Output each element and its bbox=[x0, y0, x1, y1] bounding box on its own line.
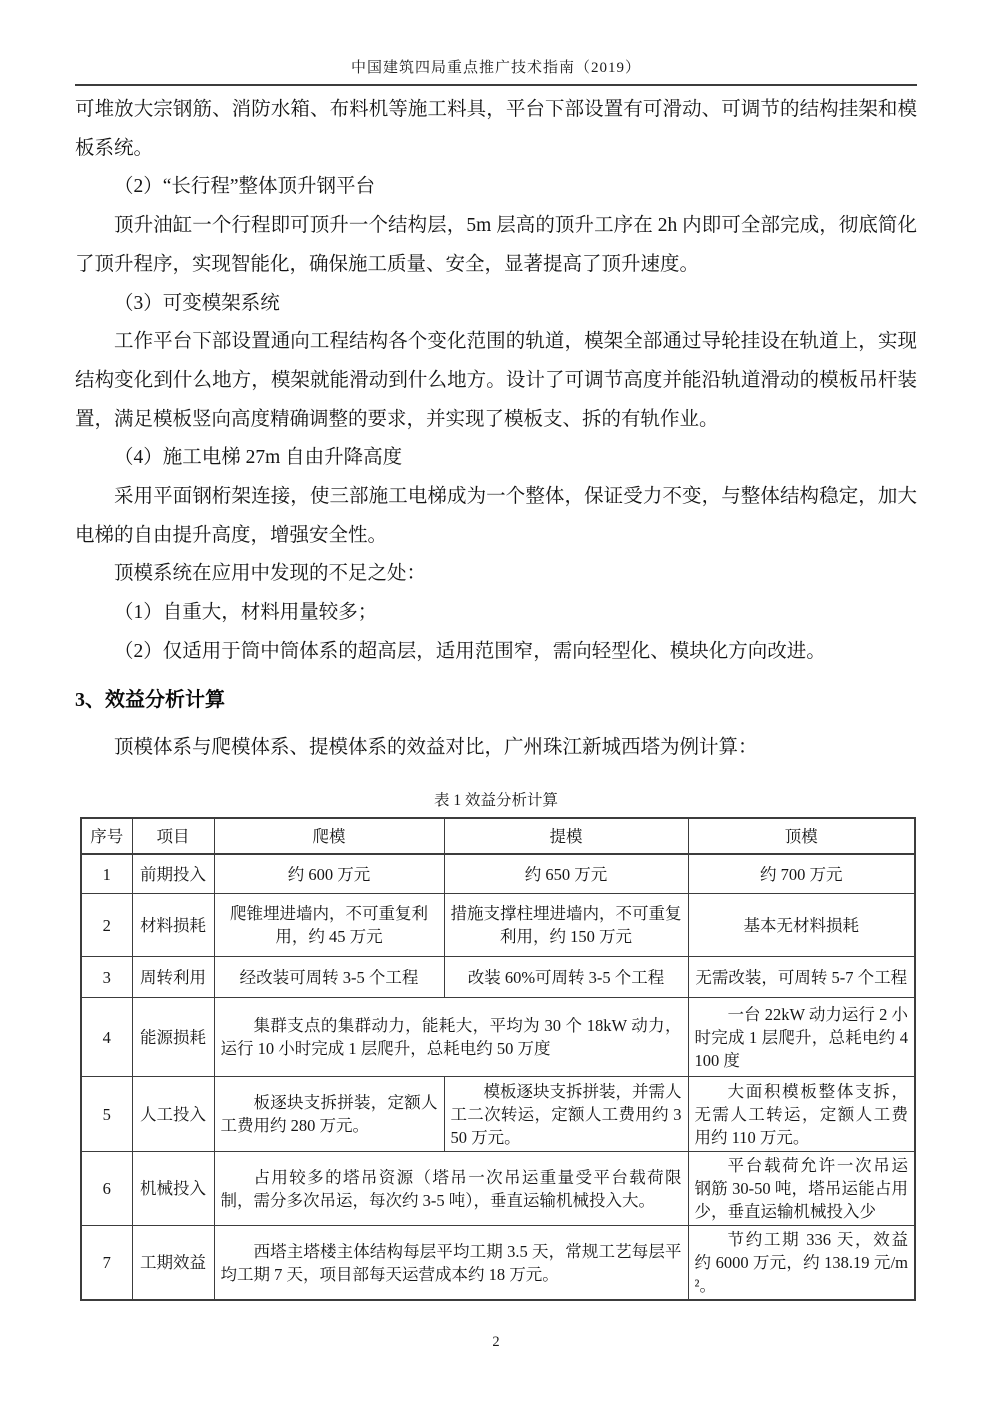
col-header-timo: 提模 bbox=[444, 818, 688, 854]
paragraph: 顶升油缸一个行程即可顶升一个结构层，5m 层高的顶升工序在 2h 内即可全部完成… bbox=[75, 207, 917, 284]
cell-dingmo: 无需改装，可周转 5-7 个工程 bbox=[688, 957, 915, 998]
cell-timo: 措施支撑柱埋进墙内，不可重复利用，约 150 万元 bbox=[444, 894, 688, 957]
cell-no: 3 bbox=[81, 957, 132, 998]
col-header-item: 项目 bbox=[132, 818, 214, 854]
cell-timo: 模板逐块支拆拼装，并需人工二次转运，定额人工费用约 350 万元。 bbox=[444, 1077, 688, 1152]
table-row: 5 人工投入 板逐块支拆拼装，定额人工费用约 280 万元。 模板逐块支拆拼装，… bbox=[81, 1077, 915, 1152]
cell-dingmo: 大面积模板整体支拆，无需人工转运，定额人工费用约 110 万元。 bbox=[688, 1077, 915, 1152]
cell-item: 工期效益 bbox=[132, 1226, 214, 1301]
cell-dingmo: 约 700 万元 bbox=[688, 854, 915, 894]
cell-pamo-timo-merged: 集群支点的集群动力，能耗大，平均为 30 个 18kW 动力，运行 10 小时完… bbox=[214, 998, 688, 1077]
cell-item: 前期投入 bbox=[132, 854, 214, 894]
body-text: 可堆放大宗钢筋、消防水箱、布料机等施工料具，平台下部设置有可滑动、可调节的结构挂… bbox=[75, 91, 917, 672]
paragraph: 顶模系统在应用中发现的不足之处： bbox=[75, 555, 917, 594]
table-caption: 表 1 效益分析计算 bbox=[0, 788, 992, 810]
col-header-pamo: 爬模 bbox=[214, 818, 444, 854]
cell-pamo: 经改装可周转 3-5 个工程 bbox=[214, 957, 444, 998]
paragraph: 工作平台下部设置通向工程结构各个变化范围的轨道，模架全部通过导轮挂设在轨道上，实… bbox=[75, 323, 917, 439]
table-header-row: 序号 项目 爬模 提模 顶模 bbox=[81, 818, 915, 854]
page-header-title: 中国建筑四局重点推广技术指南（2019） bbox=[0, 0, 992, 77]
cell-no: 5 bbox=[81, 1077, 132, 1152]
table-row: 6 机械投入 占用较多的塔吊资源（塔吊一次吊运重量受平台载荷限制，需分多次吊运，… bbox=[81, 1152, 915, 1226]
paragraph: 可堆放大宗钢筋、消防水箱、布料机等施工料具，平台下部设置有可滑动、可调节的结构挂… bbox=[75, 91, 917, 168]
cell-dingmo: 节约工期 336 天，效益约 6000 万元，约 138.19 元/m²。 bbox=[688, 1226, 915, 1301]
paragraph: 采用平面钢桁架连接，使三部施工电梯成为一个整体，保证受力不变，与整体结构稳定，加… bbox=[75, 478, 917, 555]
cell-pamo-timo-merged: 占用较多的塔吊资源（塔吊一次吊运重量受平台载荷限制，需分多次吊运，每次约 3-5… bbox=[214, 1152, 688, 1226]
paragraph: （1）自重大，材料用量较多； bbox=[75, 594, 917, 633]
cell-pamo: 板逐块支拆拼装，定额人工费用约 280 万元。 bbox=[214, 1077, 444, 1152]
paragraph: （2）仅适用于筒中筒体系的超高层，适用范围窄，需向轻型化、模块化方向改进。 bbox=[75, 633, 917, 672]
page-number: 2 bbox=[0, 1334, 992, 1351]
cell-pamo: 约 600 万元 bbox=[214, 854, 444, 894]
intro-paragraph: 顶模体系与爬模体系、提模体系的效益对比，广州珠江新城西塔为例计算： bbox=[75, 729, 917, 768]
cell-no: 6 bbox=[81, 1152, 132, 1226]
cell-no: 4 bbox=[81, 998, 132, 1077]
cell-dingmo: 一台 22kW 动力运行 2 小时完成 1 层爬升，总耗电约 4100 度 bbox=[688, 998, 915, 1077]
cell-item: 材料损耗 bbox=[132, 894, 214, 957]
cell-timo: 约 650 万元 bbox=[444, 854, 688, 894]
paragraph: （3）可变模架系统 bbox=[75, 285, 917, 324]
header-rule bbox=[75, 84, 917, 86]
cell-item: 能源损耗 bbox=[132, 998, 214, 1077]
paragraph: （2）“长行程”整体顶升钢平台 bbox=[75, 168, 917, 207]
cell-item: 人工投入 bbox=[132, 1077, 214, 1152]
table-row: 2 材料损耗 爬锥埋进墙内，不可重复利用，约 45 万元 措施支撑柱埋进墙内，不… bbox=[81, 894, 915, 957]
cell-no: 7 bbox=[81, 1226, 132, 1301]
cell-item: 机械投入 bbox=[132, 1152, 214, 1226]
table-row: 1 前期投入 约 600 万元 约 650 万元 约 700 万元 bbox=[81, 854, 915, 894]
col-header-no: 序号 bbox=[81, 818, 132, 854]
paragraph: （4）施工电梯 27m 自由升降高度 bbox=[75, 439, 917, 478]
document-page: 中国建筑四局重点推广技术指南（2019） 可堆放大宗钢筋、消防水箱、布料机等施工… bbox=[0, 0, 992, 1403]
table-row: 7 工期效益 西塔主塔楼主体结构每层平均工期 3.5 天，常规工艺每层平均工期 … bbox=[81, 1226, 915, 1301]
cell-dingmo: 基本无材料损耗 bbox=[688, 894, 915, 957]
cell-timo: 改装 60%可周转 3-5 个工程 bbox=[444, 957, 688, 998]
cell-no: 1 bbox=[81, 854, 132, 894]
cell-no: 2 bbox=[81, 894, 132, 957]
cell-dingmo: 平台载荷允许一次吊运钢筋 30-50 吨，塔吊运能占用少，垂直运输机械投入少 bbox=[688, 1152, 915, 1226]
table-row: 3 周转利用 经改装可周转 3-5 个工程 改装 60%可周转 3-5 个工程 … bbox=[81, 957, 915, 998]
cell-pamo-timo-merged: 西塔主塔楼主体结构每层平均工期 3.5 天，常规工艺每层平均工期 7 天，项目部… bbox=[214, 1226, 688, 1301]
table-row: 4 能源损耗 集群支点的集群动力，能耗大，平均为 30 个 18kW 动力，运行… bbox=[81, 998, 915, 1077]
col-header-dingmo: 顶模 bbox=[688, 818, 915, 854]
cell-pamo: 爬锥埋进墙内，不可重复利用，约 45 万元 bbox=[214, 894, 444, 957]
section-heading: 3、效益分析计算 bbox=[75, 681, 917, 720]
benefits-analysis-table: 序号 项目 爬模 提模 顶模 1 前期投入 约 600 万元 约 650 万元 … bbox=[80, 817, 916, 1301]
cell-item: 周转利用 bbox=[132, 957, 214, 998]
